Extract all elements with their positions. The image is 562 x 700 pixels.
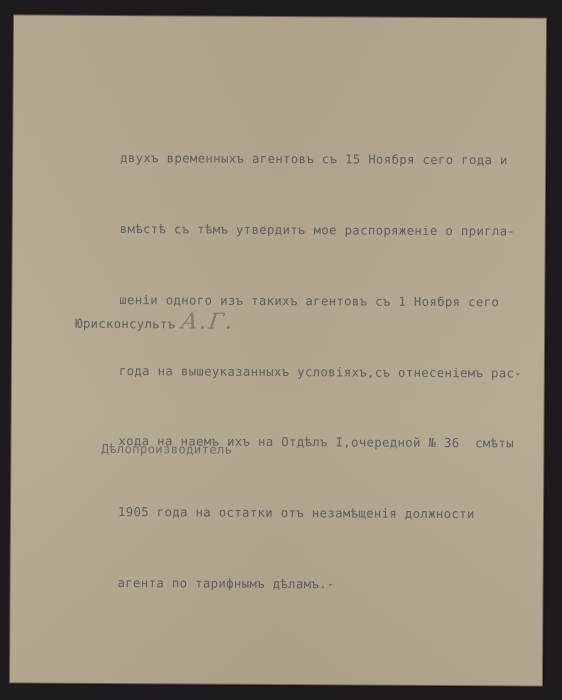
document-page: двухъ временныхъ агентовъ съ 15 Ноября с… — [10, 15, 546, 685]
body-line: года на вышеуказанныхъ условіяхъ,съ отне… — [119, 360, 522, 386]
signature-block: Юрисконсультъ А.Г. — [75, 311, 235, 337]
body-line: вмѣстѣ съ тѣмъ утвердить мое распоряжені… — [120, 218, 523, 244]
clerk-title: Дѣлопроизводитель — [101, 442, 232, 457]
body-line: двухъ временныхъ агентовъ съ 15 Ноября с… — [120, 147, 523, 173]
signatory-title: Юрисконсультъ — [75, 316, 175, 331]
body-line: агента по тарифнымъ дѣламъ.- — [118, 572, 521, 598]
handwritten-signature: А.Г. — [179, 309, 236, 334]
typed-body-text: двухъ временныхъ агентовъ съ 15 Ноября с… — [117, 100, 523, 645]
body-line: 1905 года на остатки отъ незамѣщенія дол… — [118, 501, 521, 527]
